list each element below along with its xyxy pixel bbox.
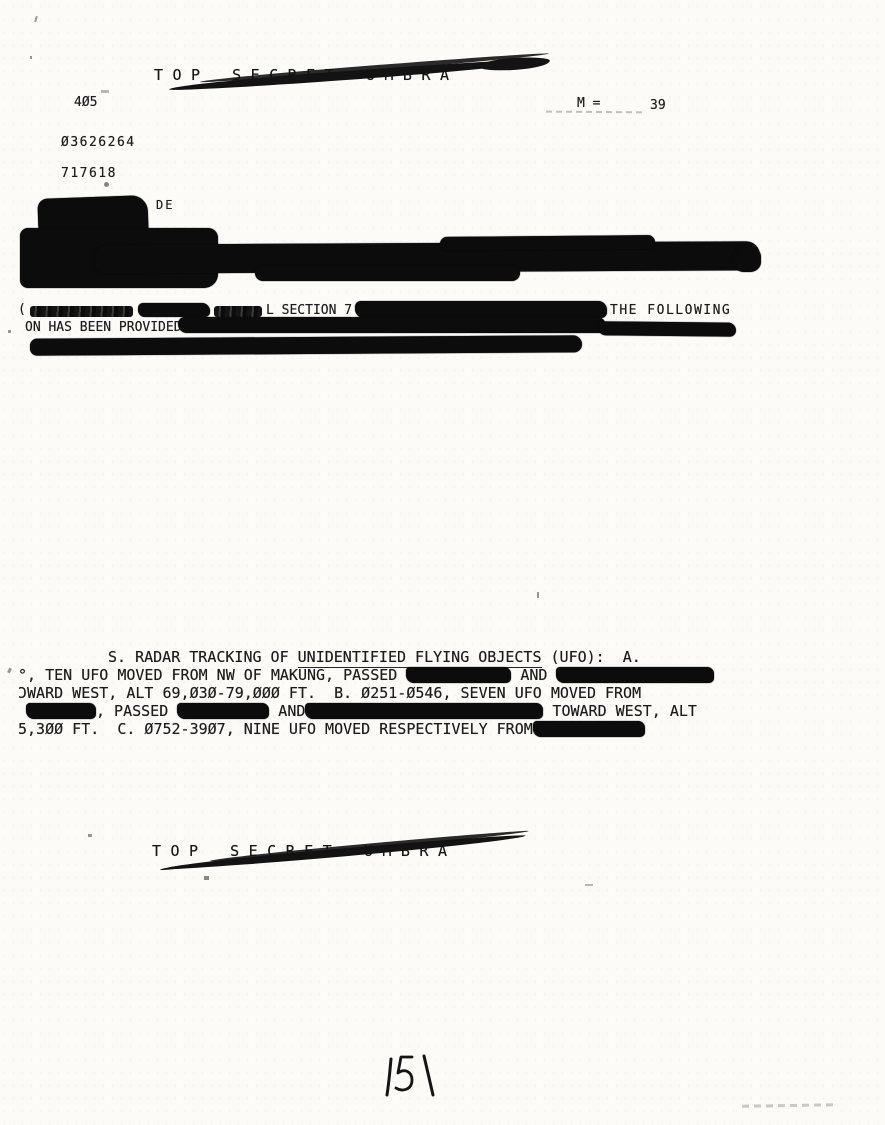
- route-code: DE: [156, 198, 174, 212]
- m-label: M =: [577, 96, 600, 111]
- body-line-2-pre: °, TEN UFO MOVED FROM NW OF MAKUNG, PASS…: [18, 666, 406, 684]
- redaction-block: [733, 247, 761, 272]
- open-paren: (: [18, 302, 26, 317]
- body-line-5: 5,3ØØ FT. C. Ø752-39Ø7, NINE UFO MOVED R…: [18, 720, 645, 738]
- redaction-block: [30, 335, 582, 355]
- redaction-block: [440, 235, 655, 251]
- body-line-2: °, TEN UFO MOVED FROM NW OF MAKUNG, PASS…: [18, 666, 714, 684]
- body-line-5-text: 5,3ØØ FT. C. Ø752-39Ø7, NINE UFO MOVED R…: [18, 720, 533, 738]
- body-line-1-underlined: UNIDENTIFIED FLYING OBJECTS: [298, 648, 542, 668]
- body-line-1: S. RADAR TRACKING OF UNIDENTIFIED FLYING…: [108, 648, 641, 666]
- scan-artifact: [537, 592, 539, 598]
- scan-artifact: [585, 884, 593, 886]
- scan-artifact: [204, 876, 209, 880]
- scan-artifact: [30, 56, 32, 59]
- provided-text: ON HAS BEEN PROVIDED: [25, 320, 182, 335]
- scan-artifact: [8, 330, 11, 333]
- redaction-inline: [533, 721, 645, 737]
- redaction-inline: [177, 703, 269, 719]
- scan-artifact: [104, 182, 109, 187]
- following-text: THE FOLLOWING: [610, 303, 731, 318]
- scribble-redaction: [214, 306, 262, 317]
- handwritten-page-number: 151: [380, 1052, 442, 1102]
- redaction-block: [355, 301, 607, 318]
- body-line-4-b: AND: [269, 702, 305, 720]
- scribble-redaction: [30, 306, 133, 317]
- body-line-3: ƆWARD WEST, ALT 69,Ø3Ø-79,ØØØ FT. B. Ø25…: [18, 684, 641, 702]
- serial-number-1: Ø3626264: [61, 135, 136, 150]
- scan-artifact: [88, 834, 92, 837]
- serial-number-2: 717618: [61, 166, 117, 181]
- section-fragment: L SECTION 7: [266, 303, 352, 318]
- body-line-4-a: , PASSED: [96, 702, 177, 720]
- redaction-block: [138, 303, 210, 317]
- body-line-2-mid: AND: [511, 666, 556, 684]
- page-ref-number: 4Ø5: [74, 95, 97, 110]
- scan-artifact: [101, 90, 109, 93]
- handwritten-151-drawing: [380, 1052, 442, 1102]
- redaction-inline: [26, 703, 96, 719]
- document-page: { "colors": { "paper": "#fcfbf8", "ink":…: [0, 0, 885, 1125]
- body-line-4-c: TOWARD WEST, ALT: [543, 702, 697, 720]
- redaction-inline: [556, 667, 714, 683]
- scan-artifact: [34, 16, 38, 22]
- redaction-inline: [406, 667, 511, 683]
- body-line-1-post: (UFO): A.: [542, 648, 641, 666]
- body-line-4: , PASSED AND TOWARD WEST, ALT: [26, 702, 697, 720]
- scan-artifact: [7, 668, 12, 674]
- body-line-1-pre: S. RADAR TRACKING OF: [108, 648, 298, 666]
- redaction-block: [255, 265, 520, 281]
- underline-artifact: [546, 111, 646, 114]
- redaction-block: [598, 321, 736, 336]
- redaction-block: [178, 317, 606, 333]
- scan-artifact: [742, 1103, 834, 1108]
- redaction-inline: [305, 703, 543, 719]
- page-number-value: 151: [380, 1102, 381, 1103]
- m-value: 39: [650, 98, 666, 113]
